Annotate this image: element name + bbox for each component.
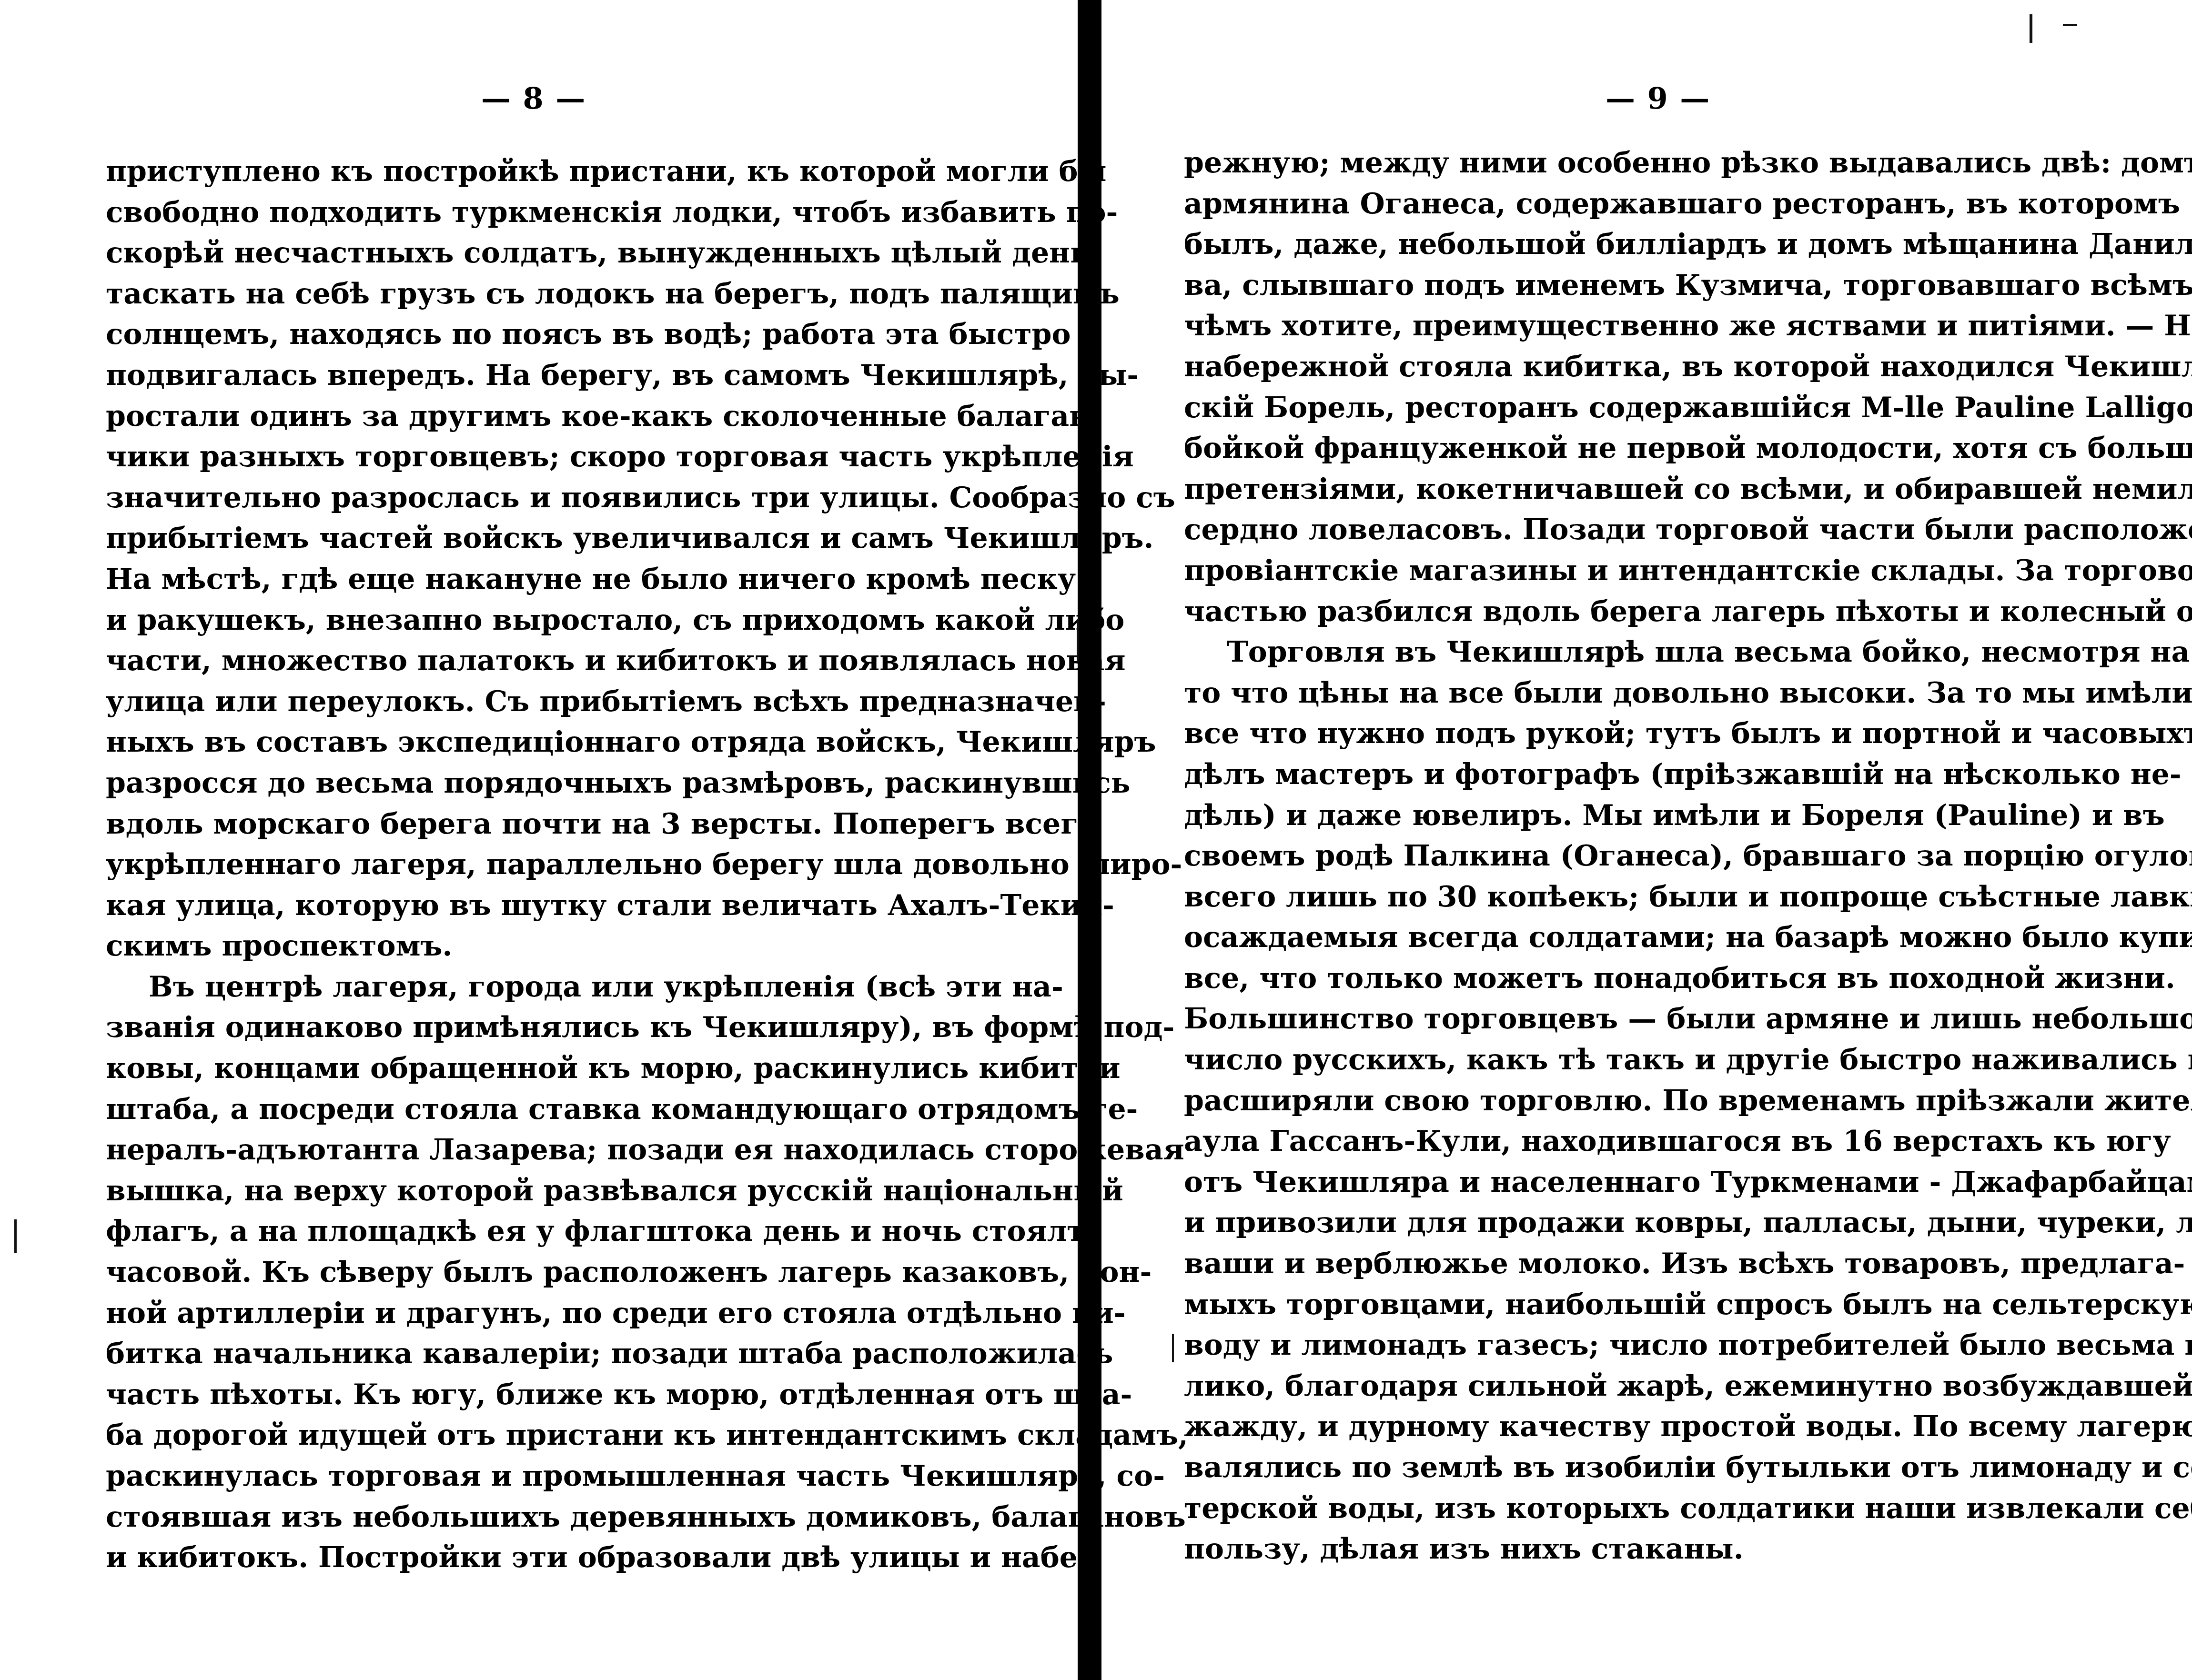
text-line: приступлено къ постройкѣ пристани, къ ко… bbox=[106, 151, 992, 192]
text-line: расширяли свою торговлю. По временамъ пр… bbox=[1184, 1081, 2070, 1122]
text-line: пользу, дѣлая изъ нихъ стаканы. bbox=[1184, 1529, 2070, 1570]
text-line: Торговля въ Чекишлярѣ шла весьма бойко, … bbox=[1184, 632, 2070, 673]
text-line: стоявшая изъ небольшихъ деревянныхъ доми… bbox=[106, 1497, 992, 1538]
scan-speck bbox=[1172, 1334, 1174, 1362]
text-line: сердно ловеласовъ. Позади торговой части… bbox=[1184, 510, 2070, 551]
text-line: званія одинаково примѣнялись къ Чекишляр… bbox=[106, 1007, 992, 1048]
text-line: подвигалась впередъ. На берегу, въ самом… bbox=[106, 355, 992, 396]
text-line: свободно подходить туркменскія лодки, чт… bbox=[106, 192, 992, 233]
text-line: таскать на себѣ грузъ съ лодокъ на берег… bbox=[106, 274, 992, 315]
page-number: — 8 — bbox=[481, 81, 586, 116]
text-line: дѣлъ мастеръ и фотографъ (пріѣзжавшій на… bbox=[1184, 754, 2070, 795]
text-line: ва, слывшаго подъ именемъ Кузмича, торго… bbox=[1184, 265, 2070, 306]
text-line: Большинство торговцевъ — были армяне и л… bbox=[1184, 999, 2070, 1040]
text-line: отъ Чекишляра и населеннаго Туркменами -… bbox=[1184, 1162, 2070, 1203]
text-line: и ракушекъ, внезапно выростало, съ прихо… bbox=[106, 600, 992, 641]
text-line: вдоль морскаго берега почти на 3 версты.… bbox=[106, 804, 992, 845]
text-line: ной артиллеріи и драгунъ, по среди его с… bbox=[106, 1293, 992, 1334]
scan-speck bbox=[1077, 619, 1079, 662]
left-page: — 8 — приступлено къ постройкѣ пристани,… bbox=[0, 0, 1081, 1680]
text-line: своемъ родѣ Палкина (Оганеса), бравшаго … bbox=[1184, 836, 2070, 877]
text-line: разросся до весьма порядочныхъ размѣровъ… bbox=[106, 763, 992, 804]
text-line: чики разныхъ торговцевъ; скоро торговая … bbox=[106, 437, 992, 478]
text-line: мыхъ торговцами, наибольшій спросъ былъ … bbox=[1184, 1285, 2070, 1326]
text-line: всего лишь по 30 копѣекъ; были и попроще… bbox=[1184, 877, 2070, 918]
text-line: скій Борель, ресторанъ содержавшійся M-l… bbox=[1184, 388, 2070, 429]
text-line: битка начальника кавалеріи; позади штаба… bbox=[106, 1334, 992, 1375]
text-line: армянина Оганеса, содержавшаго ресторанъ… bbox=[1184, 184, 2070, 225]
text-line: претензіями, кокетничавшей со всѣми, и о… bbox=[1184, 469, 2070, 510]
text-line: ныхъ въ составъ экспедиціоннаго отряда в… bbox=[106, 722, 992, 763]
scan-speck bbox=[14, 1219, 17, 1253]
text-line: число русскихъ, какъ тѣ такъ и другіе бы… bbox=[1184, 1040, 2070, 1081]
text-line: значительно разрослась и появились три у… bbox=[106, 478, 992, 519]
text-line: режную; между ними особенно рѣзко выдава… bbox=[1184, 143, 2070, 184]
text-line: провіантскіе магазины и интендантскіе ск… bbox=[1184, 551, 2070, 592]
paragraph: приступлено къ постройкѣ пристани, къ ко… bbox=[106, 151, 992, 967]
text-line: ваши и верблюжье молоко. Изъ всѣхъ товар… bbox=[1184, 1244, 2070, 1285]
text-line: частью разбился вдоль берега лагерь пѣхо… bbox=[1184, 592, 2070, 633]
scan-speck bbox=[2063, 24, 2077, 26]
text-line: раскинулась торговая и промышленная част… bbox=[106, 1456, 992, 1497]
text-line: терской воды, изъ которыхъ солдатики наш… bbox=[1184, 1489, 2070, 1529]
text-line: воду и лимонадъ газесъ; число потребител… bbox=[1184, 1325, 2070, 1366]
paragraph: Торговля въ Чекишлярѣ шла весьма бойко, … bbox=[1184, 632, 2070, 1570]
text-line: Въ центрѣ лагеря, города или укрѣпленія … bbox=[106, 967, 992, 1008]
text-line: скимъ проспектомъ. bbox=[106, 926, 992, 967]
text-line: осаждаемыя всегда солдатами; на базарѣ м… bbox=[1184, 917, 2070, 958]
text-line: ковы, концами обращенной къ морю, раскин… bbox=[106, 1048, 992, 1089]
text-line: улица или переулокъ. Съ прибытіемъ всѣхъ… bbox=[106, 682, 992, 723]
page-number: — 9 — bbox=[1606, 81, 1710, 116]
right-page: — 9 — режную; между ними особенно рѣзко … bbox=[1105, 0, 2192, 1680]
text-line: прибытіемъ частей войскъ увеличивался и … bbox=[106, 518, 992, 559]
text-line: набережной стояла кибитка, въ которой на… bbox=[1184, 347, 2070, 388]
text-line: бойкой француженкой не первой молодости,… bbox=[1184, 428, 2070, 469]
text-line: ростали одинъ за другимъ кое-какъ сколоч… bbox=[106, 396, 992, 437]
text-line: части, множество палатокъ и кибитокъ и п… bbox=[106, 641, 992, 682]
text-line: все что нужно подъ рукой; тутъ былъ и по… bbox=[1184, 714, 2070, 754]
paragraph: режную; между ними особенно рѣзко выдава… bbox=[1184, 143, 2070, 632]
paragraph: Въ центрѣ лагеря, города или укрѣпленія … bbox=[106, 967, 992, 1579]
text-line: штаба, а посреди стояла ставка командующ… bbox=[106, 1089, 992, 1130]
text-line: вышка, на верху которой развѣвался русск… bbox=[106, 1171, 992, 1212]
text-line: кая улица, которую въ шутку стали велича… bbox=[106, 885, 992, 926]
text-line: ба дорогой идущей отъ пристани къ интенд… bbox=[106, 1415, 992, 1456]
text-line: все, что только можетъ понадобиться въ п… bbox=[1184, 958, 2070, 999]
scan-speck bbox=[2030, 14, 2032, 43]
text-line: солнцемъ, находясь по поясъ въ водѣ; раб… bbox=[106, 314, 992, 355]
text-line: жажду, и дурному качеству простой воды. … bbox=[1184, 1407, 2070, 1448]
text-line: укрѣпленнаго лагеря, параллельно берегу … bbox=[106, 845, 992, 885]
text-line: аула Гассанъ-Кули, находившагося въ 16 в… bbox=[1184, 1121, 2070, 1162]
text-line: флагъ, а на площадкѣ ея у флагштока день… bbox=[106, 1211, 992, 1252]
text-line: На мѣстѣ, гдѣ еще накануне не было ничег… bbox=[106, 559, 992, 600]
text-line: часовой. Къ сѣверу былъ расположенъ лаге… bbox=[106, 1252, 992, 1293]
text-line: скорѣй несчастныхъ солдатъ, вынужденныхъ… bbox=[106, 233, 992, 274]
text-line: и привозили для продажи ковры, палласы, … bbox=[1184, 1203, 2070, 1244]
text-line: часть пѣхоты. Къ югу, ближе къ морю, отд… bbox=[106, 1375, 992, 1416]
text-line: чѣмъ хотите, преимущественно же яствами … bbox=[1184, 306, 2070, 347]
text-line: валялись по землѣ въ изобиліи бутыльки о… bbox=[1184, 1448, 2070, 1489]
text-line: то что цѣны на все были довольно высоки.… bbox=[1184, 673, 2070, 714]
text-line: былъ, даже, небольшой билліардъ и домъ м… bbox=[1184, 224, 2070, 265]
text-line: нералъ-адъютанта Лазарева; позади ея нах… bbox=[106, 1130, 992, 1171]
text-line: дѣль) и даже ювелиръ. Мы имѣли и Бореля … bbox=[1184, 795, 2070, 836]
page-text: режную; между ними особенно рѣзко выдава… bbox=[1184, 143, 2070, 1570]
page-text: приступлено къ постройкѣ пристани, къ ко… bbox=[106, 151, 992, 1579]
text-line: лико, благодаря сильной жарѣ, ежеминутно… bbox=[1184, 1366, 2070, 1407]
text-line: и кибитокъ. Постройки эти образовали двѣ… bbox=[106, 1538, 992, 1579]
